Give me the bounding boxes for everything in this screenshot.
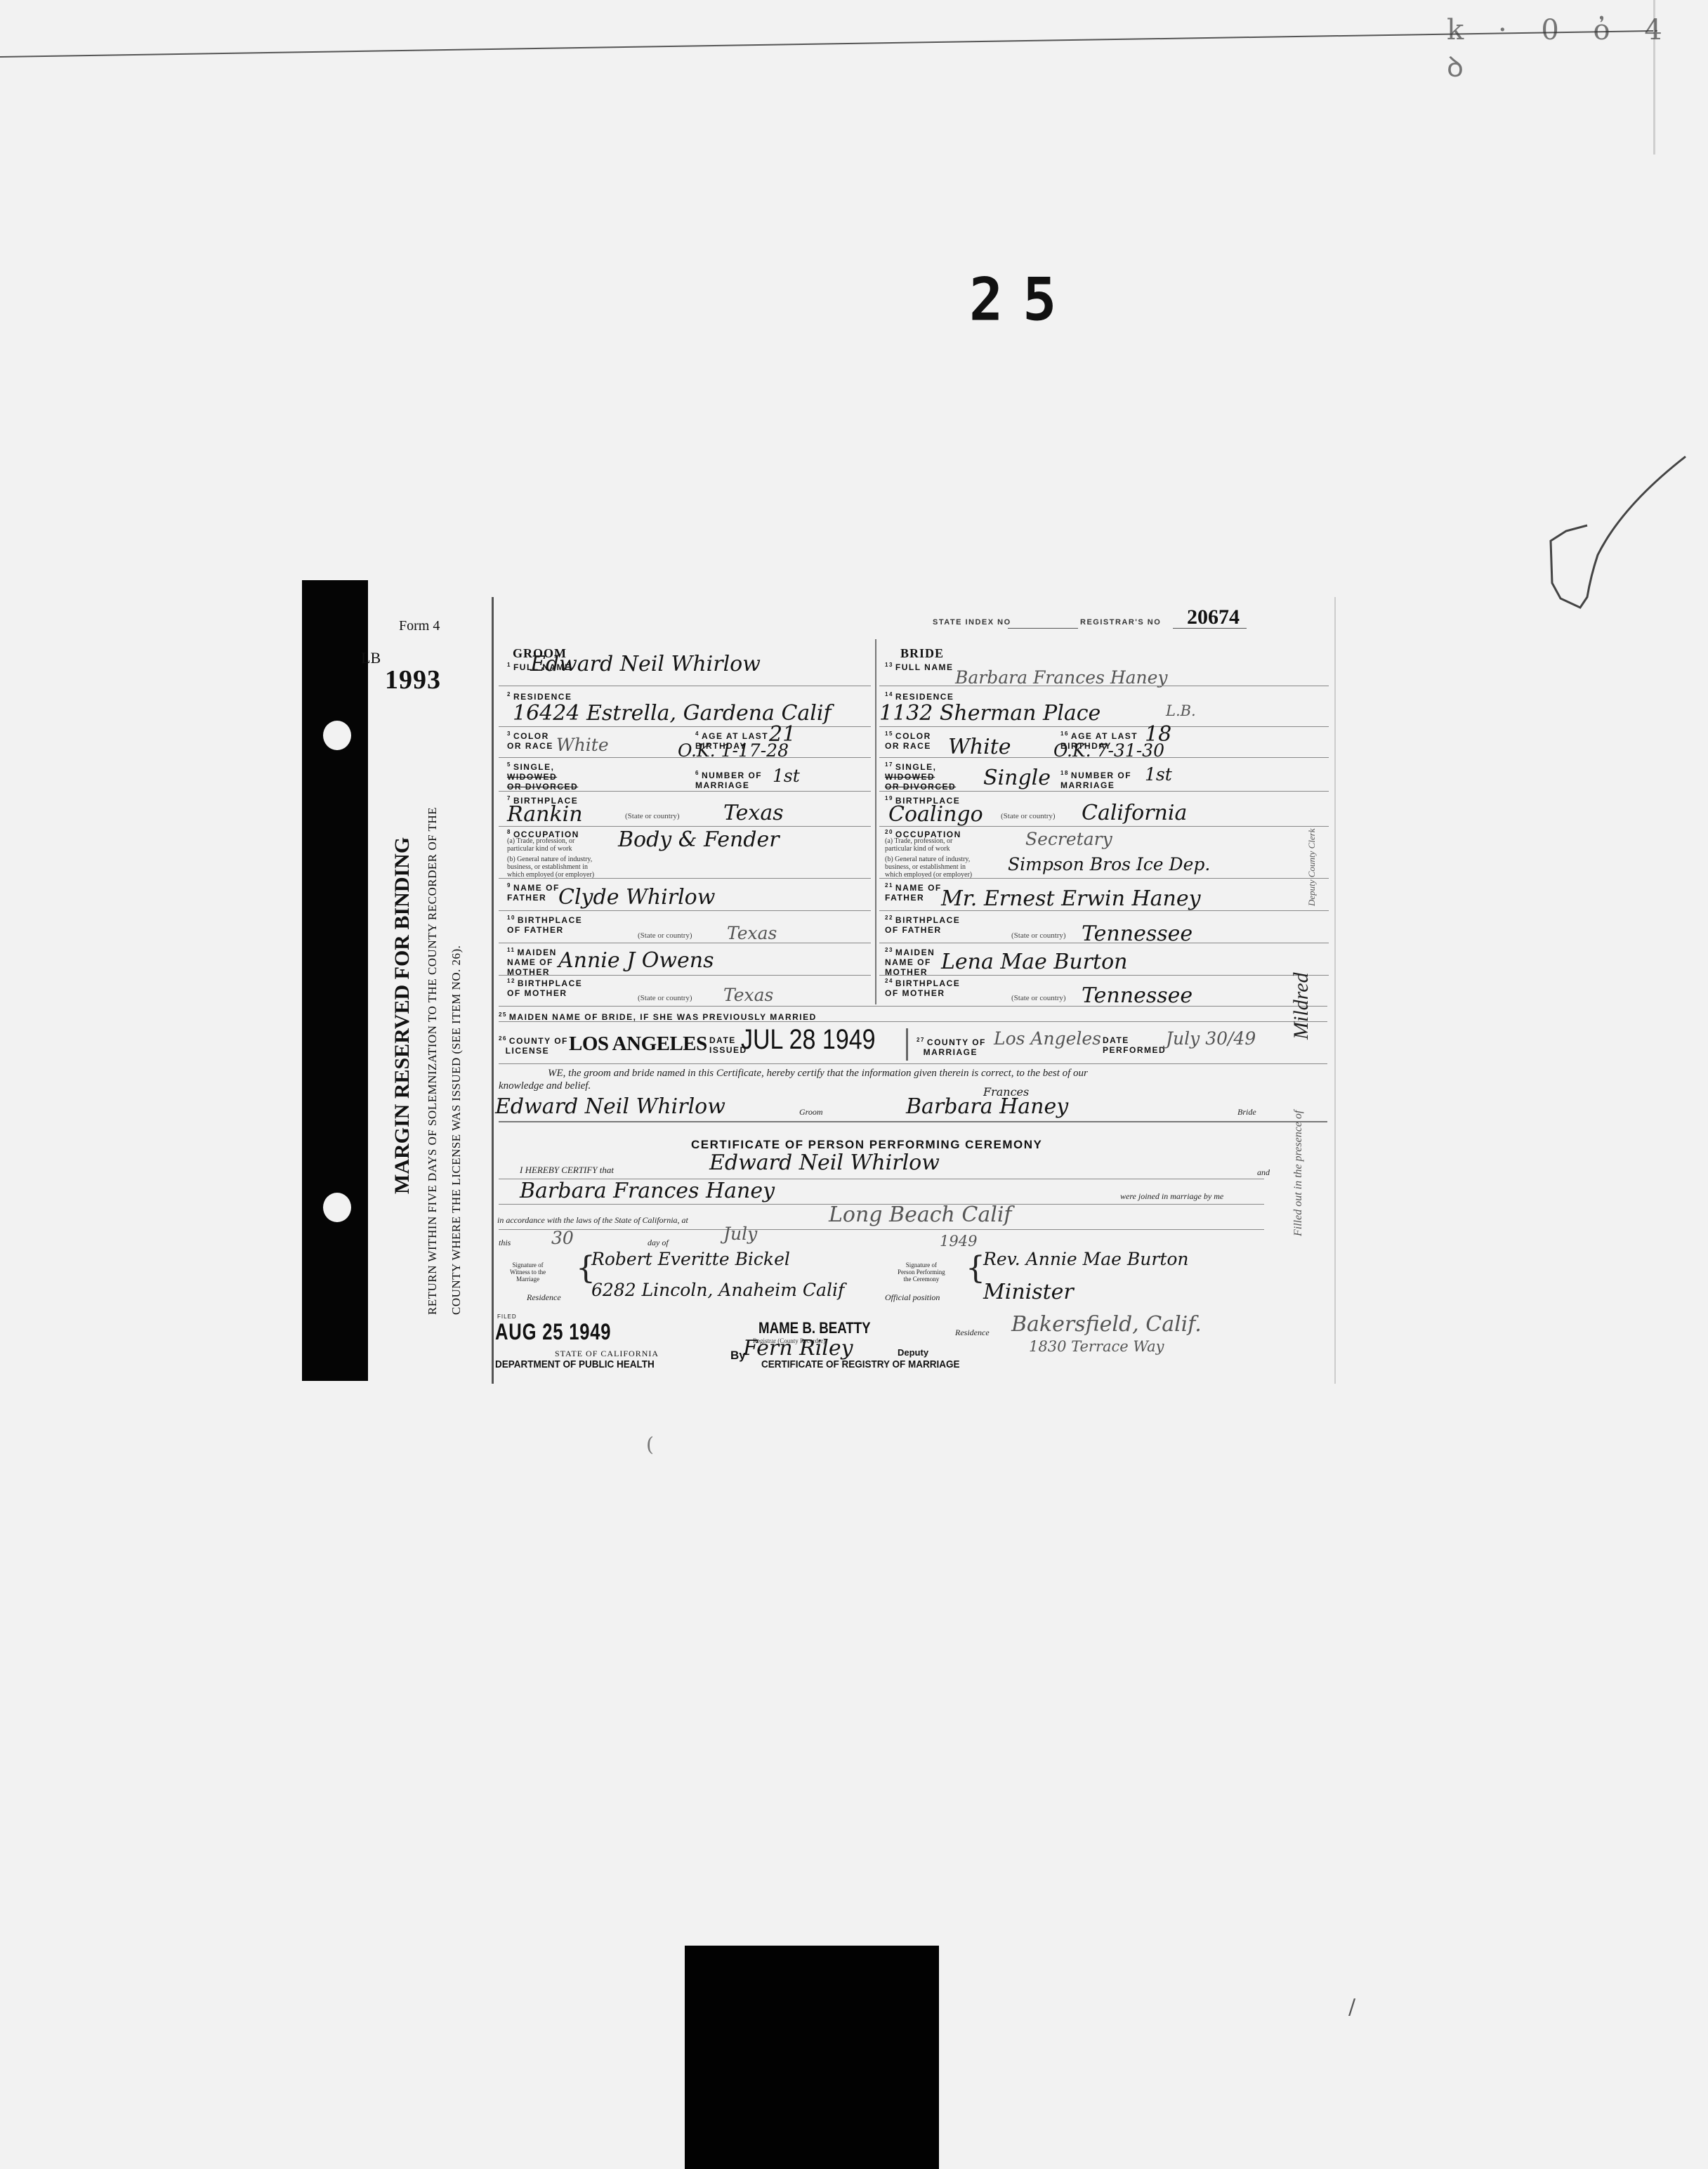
state-or-country-caption: (State or country) [1011, 994, 1066, 1002]
rule [499, 910, 871, 911]
registrar-number-label: REGISTRAR'S NO [1080, 618, 1161, 627]
return-instruction-line1: RETURN WITHIN FIVE DAYS OF SOLEMNIZATION… [426, 807, 440, 1315]
margin-initial-signature: Mildred [1289, 972, 1313, 1040]
groom-mother: Annie J Owens [558, 948, 714, 973]
redaction-block [685, 1946, 939, 2169]
groom-birthplace-state: Texas [723, 801, 784, 825]
groom-signature: Edward Neil Whirlow [495, 1094, 725, 1119]
rule [499, 975, 871, 976]
bride-mother-birthplace: Tennessee [1082, 983, 1193, 1008]
ceremony-year: 1949 [940, 1233, 977, 1250]
department-public-health: DEPARTMENT OF PUBLIC HEALTH [495, 1358, 655, 1370]
groom-birthplace-city: Rankin [507, 802, 583, 827]
bride-color-label: 15COLOROR RACE [885, 729, 931, 751]
affidavit-text: WE, the groom and bride named in this Ce… [548, 1068, 1088, 1080]
bride-birthplace-state: California [1082, 801, 1187, 825]
county-of-license-label: 26COUNTY OF LICENSE [499, 1034, 568, 1056]
border-right [1334, 597, 1336, 1384]
deputy-label: Deputy [898, 1347, 928, 1358]
rule [499, 1021, 1327, 1022]
state-or-country-caption: (State or country) [1011, 931, 1066, 940]
groom-mother-birthplace-label: 12BIRTHPLACEOF MOTHER [507, 976, 582, 998]
date-issued: JUL 28 1949 [741, 1024, 876, 1056]
county-of-license: LOS ANGELES [569, 1033, 707, 1056]
binding-strip [302, 580, 368, 1381]
date-performed: July 30/49 [1166, 1028, 1256, 1049]
groom-signature-label: Groom [799, 1107, 823, 1118]
bride-father-label: 21NAME OFFATHER [885, 881, 942, 903]
rule [499, 826, 871, 827]
binding-margin-title: MARGIN RESERVED FOR BINDING [390, 837, 414, 1194]
scan-top-edge [0, 30, 1657, 58]
bride-number-marriage: 1st [1145, 764, 1172, 785]
bride-birthplace-city: Coalingo [888, 802, 983, 827]
rule [499, 1229, 1264, 1230]
bride-signature: Barbara Haney [906, 1094, 1068, 1119]
and-text: and [1257, 1167, 1270, 1178]
rule [879, 791, 1329, 792]
groom-residence-label: 2RESIDENCE [507, 690, 572, 702]
witness-caption: Signature ofWitness to theMarriage [510, 1262, 546, 1283]
county-of-marriage: Los Angeles [994, 1028, 1101, 1049]
certificate-registry-title: CERTIFICATE OF REGISTRY OF MARRIAGE [761, 1358, 960, 1370]
pen-mark: ( [646, 1433, 654, 1456]
bride-color: White [948, 735, 1011, 759]
divider [906, 1028, 908, 1061]
bride-occupation-b: Simpson Bros Ice Dep. [1008, 854, 1210, 874]
maiden-name-bride-label: 25MAIDEN NAME OF BRIDE, IF SHE WAS PREVI… [499, 1010, 817, 1022]
accordance-text: in accordance with the laws of the State… [497, 1215, 688, 1226]
bride-mother-birthplace-label: 24BIRTHPLACEOF MOTHER [885, 976, 960, 998]
rule [879, 757, 1329, 758]
rule [499, 686, 871, 686]
rule [879, 686, 1329, 686]
rule [879, 878, 1329, 879]
groom-father-birthplace-label: 10BIRTHPLACEOF FATHER [507, 913, 582, 935]
rule [499, 791, 871, 792]
bride-father-birthplace-label: 22BIRTHPLACEOF FATHER [885, 913, 960, 935]
state-index-line [1008, 628, 1078, 629]
form-label: Form 4 [399, 618, 440, 634]
bride-marital-label: 17SINGLE,WIDOWEDOR DIVORCED [885, 760, 956, 792]
rule [879, 826, 1329, 827]
filed-date: AUG 25 1949 [495, 1319, 611, 1345]
state-or-country-caption: (State or country) [638, 931, 692, 940]
pen-mark: / [1348, 1995, 1355, 2019]
state-or-country-caption: (State or country) [638, 994, 692, 1002]
border-left [492, 597, 494, 1384]
registrar-name: MAME B. BEATTY [758, 1319, 871, 1337]
groom-father-label: 9NAME OFFATHER [507, 881, 560, 903]
filled-out-note: Filled out in the presence of [1292, 1110, 1305, 1236]
official-position: Minister [983, 1280, 1074, 1304]
bride-full-name-label: 13FULL NAME [885, 660, 954, 672]
groom-full-name: Edward Neil Whirlow [530, 652, 761, 676]
officiant-caption: Signature ofPerson Performingthe Ceremon… [898, 1262, 945, 1283]
officiant-residence-label: Residence [955, 1328, 990, 1338]
state-or-country-caption: (State or country) [1001, 812, 1056, 820]
rule [499, 757, 871, 758]
groom-mother-birthplace: Texas [723, 985, 773, 1005]
rule [499, 1063, 1327, 1064]
bride-marital-status: Single [983, 766, 1051, 790]
officiant-residence-street: 1830 Terrace Way [1029, 1338, 1164, 1355]
bride-signature-label: Bride [1237, 1107, 1256, 1118]
ceremony-title: CERTIFICATE OF PERSON PERFORMING CEREMON… [691, 1138, 1042, 1152]
registrar-number: 20674 [1187, 605, 1240, 629]
groom-color-label: 3COLOROR RACE [507, 729, 553, 751]
affidavit-text-line2: knowledge and belief. [499, 1080, 591, 1092]
this-text: this [499, 1238, 511, 1248]
return-instruction-line2: COUNTY WHERE THE LICENSE WAS ISSUED (SEE… [449, 945, 464, 1315]
groom-marital-label: 5SINGLE,WIDOWEDOR DIVORCED [507, 760, 578, 792]
bride-mother-label: 23MAIDENNAME OFMOTHER [885, 945, 935, 977]
county-of-marriage-label: 27COUNTY OF MARRIAGE [917, 1035, 986, 1057]
check-mark-icon [1482, 435, 1707, 646]
bride-father: Mr. Ernest Erwin Haney [941, 886, 1201, 911]
bride-heading: BRIDE [900, 646, 944, 661]
joined-text: were joined in marriage by me [1120, 1191, 1223, 1202]
rule [499, 1121, 1327, 1122]
bride-full-name: Barbara Frances Haney [955, 667, 1168, 688]
ceremony-place: Long Beach Calif [829, 1203, 1012, 1227]
groom-father: Clyde Whirlow [558, 885, 715, 910]
rule [879, 726, 1329, 727]
groom-color: White [556, 735, 609, 755]
date-performed-label: DATEPERFORMED [1103, 1035, 1166, 1055]
officiant-signature: Rev. Annie Mae Burton [983, 1249, 1189, 1269]
groom-occupation-a: Body & Fender [618, 827, 780, 852]
ceremony-bride-name: Barbara Frances Haney [520, 1179, 775, 1203]
official-position-label: Official position [885, 1292, 940, 1303]
lb-number: 1993 [385, 664, 441, 695]
punch-hole [323, 1193, 351, 1222]
page-number: 25 [969, 266, 1076, 334]
lb-label: LB [361, 649, 381, 667]
bride-occupation-a: Secretary [1025, 829, 1112, 849]
groom-occupation-a-label: (a) Trade, profession, orparticular kind… [507, 837, 574, 853]
deputy-signature: Fern Riley [743, 1336, 853, 1361]
bride-residence-label: 14RESIDENCE [885, 690, 954, 702]
groom-occupation-b-label: (b) General nature of industry,business,… [507, 856, 594, 879]
bride-occupation-a-label: (a) Trade, profession, orparticular kind… [885, 837, 952, 853]
witness-residence-label: Residence [527, 1292, 561, 1303]
groom-number-marriage: 1st [773, 766, 800, 786]
ceremony-month: July [723, 1224, 757, 1244]
rule [879, 910, 1329, 911]
margin-scrawl: k · 0 ὀ 4 ꝺ [1447, 14, 1708, 85]
bride-mother: Lena Mae Burton [941, 950, 1127, 974]
punch-hole [323, 721, 351, 750]
column-divider [875, 639, 876, 1004]
groom-number-marriage-label: 6NUMBER OFMARRIAGE [695, 768, 762, 790]
marriage-certificate: STATE INDEX NO REGISTRAR'S NO 20674 GROO… [492, 597, 1338, 1384]
bride-residence: 1132 Sherman Place [879, 701, 1101, 726]
witness-residence: 6282 Lincoln, Anaheim Calif [591, 1280, 844, 1300]
day-of-text: day of [648, 1238, 669, 1248]
bride-residence-note: L.B. [1166, 702, 1196, 719]
rule [499, 878, 871, 879]
state-index-label: STATE INDEX NO [933, 618, 1011, 627]
officiant-residence: Bakersfield, Calif. [1011, 1312, 1202, 1337]
rule [499, 726, 871, 727]
deputy-clerk-note: Deputy County Clerk [1306, 829, 1318, 906]
groom-mother-label: 11MAIDENNAME OFMOTHER [507, 945, 557, 977]
ceremony-day: 30 [551, 1228, 574, 1248]
state-or-country-caption: (State or country) [625, 812, 680, 820]
witness-signature: Robert Everitte Bickel [591, 1249, 790, 1269]
rule [879, 943, 1329, 943]
groom-father-birthplace: Texas [727, 923, 777, 943]
bride-occupation-b-label: (b) General nature of industry,business,… [885, 856, 972, 879]
rule [499, 1006, 1327, 1007]
brace-icon: { [966, 1250, 985, 1286]
ceremony-groom-name: Edward Neil Whirlow [709, 1151, 940, 1175]
rule [879, 975, 1329, 976]
rule [499, 943, 871, 943]
hereby-certify-text: I HEREBY CERTIFY that [520, 1165, 614, 1176]
state-of-california: STATE OF CALIFORNIA [555, 1349, 659, 1359]
bride-number-marriage-label: 18NUMBER OFMARRIAGE [1060, 768, 1131, 790]
